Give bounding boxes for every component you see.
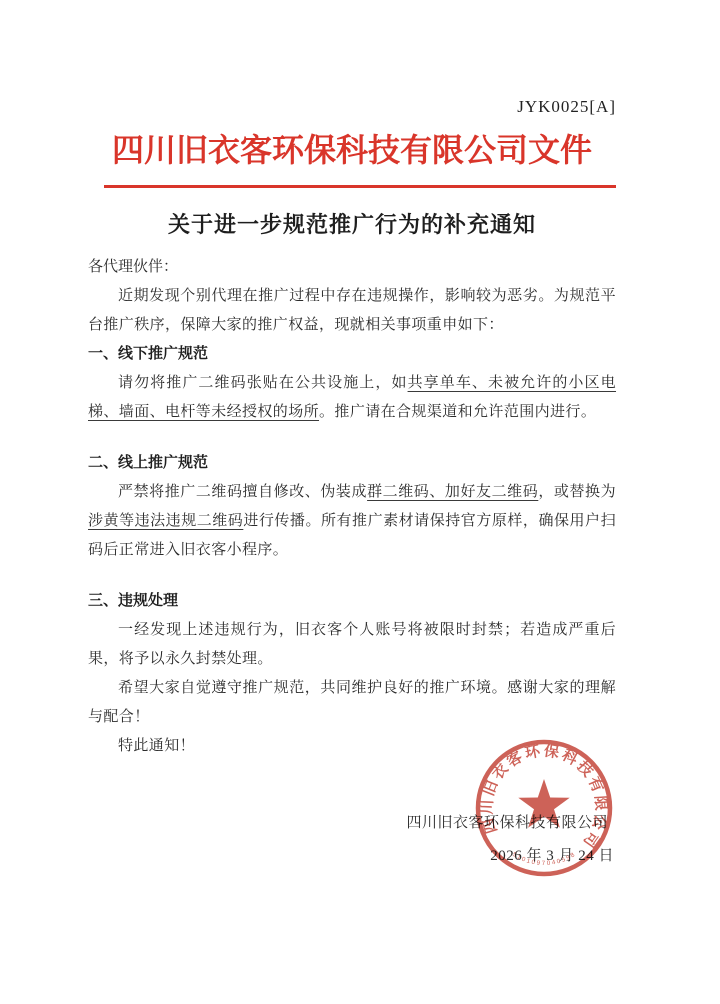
section-heading: 一、线下推广规范 [88, 340, 616, 369]
section-paragraph: 请勿将推广二维码张贴在公共设施上，如共享单车、未被允许的小区电梯、墙面、电杆等未… [88, 369, 616, 427]
section-paragraph: 特此通知！ [88, 732, 616, 761]
signature-date: 2026 年 3 月 24 日 [490, 844, 614, 865]
document-page: JYK0025[A] 四川旧衣客环保科技有限公司文件 关于进一步规范推广行为的补… [0, 0, 720, 1004]
salutation: 各代理伙伴： [88, 253, 616, 282]
document-content: JYK0025[A] 四川旧衣客环保科技有限公司文件 关于进一步规范推广行为的补… [0, 0, 720, 761]
section-violation-handling: 三、违规处理 一经发现上述违规行为，旧衣客个人账号将被限时封禁；若造成严重后果，… [88, 587, 616, 761]
org-title: 四川旧衣客环保科技有限公司文件 [88, 126, 616, 174]
doc-number: JYK0025[A] [88, 96, 616, 118]
section-offline-rules: 一、线下推广规范 请勿将推广二维码张贴在公共设施上，如共享单车、未被允许的小区电… [88, 340, 616, 427]
section-online-rules: 二、线上推广规范 严禁将推广二维码擅自修改、伪装成群二维码、加好友二维码，或替换… [88, 449, 616, 565]
red-divider [104, 185, 616, 188]
section-heading: 二、线上推广规范 [88, 449, 616, 478]
section-paragraph: 希望大家自觉遵守推广规范，共同维护良好的推广环境。感谢大家的理解与配合！ [88, 674, 616, 732]
doc-title: 关于进一步规范推广行为的补充通知 [88, 210, 616, 240]
section-paragraph: 一经发现上述违规行为，旧衣客个人账号将被限时封禁；若造成严重后果，将予以永久封禁… [88, 616, 616, 674]
section-paragraph: 严禁将推广二维码擅自修改、伪装成群二维码、加好友二维码，或替换为涉黄等违法违规二… [88, 478, 616, 565]
section-heading: 三、违规处理 [88, 587, 616, 616]
signature-company: 四川旧衣客环保科技有限公司 [406, 811, 608, 832]
intro-paragraph: 近期发现个别代理在推广过程中存在违规操作，影响较为恶劣。为规范平台推广秩序，保障… [88, 282, 616, 340]
